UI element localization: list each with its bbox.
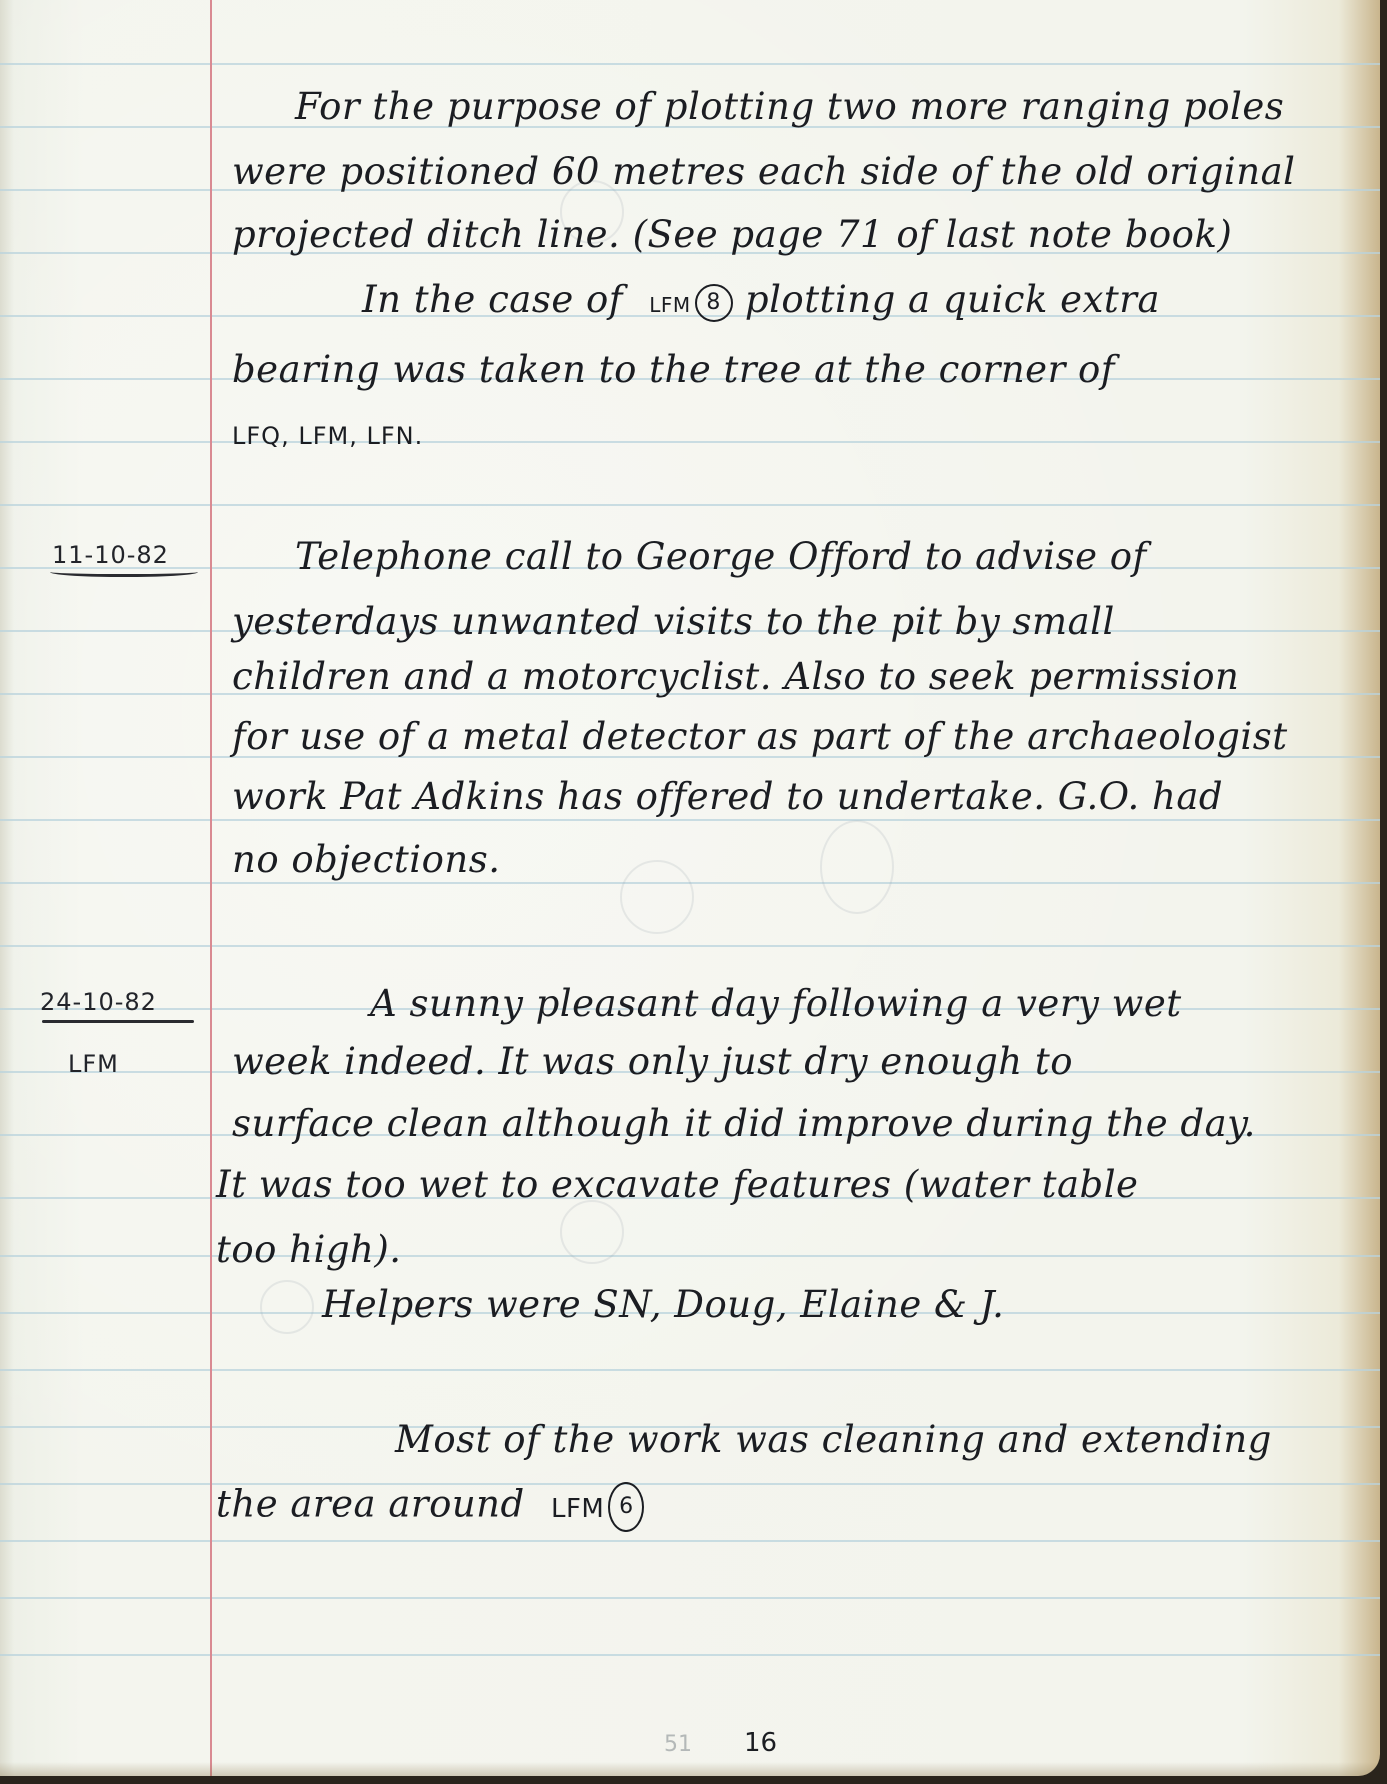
rule-line [0,1654,1380,1656]
entry-3-line-1: A sunny pleasant day following a very we… [370,982,1182,1025]
show-through-mark [820,820,894,914]
date-underline [50,566,198,577]
entry-3-line-4: It was too wet to excavate features (wat… [216,1163,1138,1206]
entry-1-line-3: projected ditch line. (See page 71 of la… [232,213,1232,256]
date-underline [42,1020,194,1023]
entry-2-line-6: no objections. [232,838,500,881]
show-through-mark [260,1280,314,1334]
entry-3-line-3: surface clean although it did improve du… [232,1102,1256,1145]
text-segment: In the case of [362,278,623,321]
entry-date: 11-10-82 [52,541,169,569]
entry-1-line-5: bearing was taken to the tree at the cor… [232,348,1115,391]
entry-1-line-1: For the purpose of plotting two more ran… [295,85,1284,128]
entry-3-line-7: Most of the work was cleaning and extend… [395,1418,1272,1461]
entry-2-line-4: for use of a metal detector as part of t… [232,715,1288,758]
entry-2-line-5: work Pat Adkins has offered to undertake… [232,775,1223,818]
rule-line [0,945,1380,947]
page-number: 16 [744,1728,777,1758]
entry-3-line-6: Helpers were SN, Doug, Elaine & J. [322,1283,1004,1326]
entry-2-line-3: children and a motorcyclist. Also to see… [232,655,1239,698]
feature-code: LFM [649,293,690,317]
rule-line [0,504,1380,506]
show-through-mark [560,1200,624,1264]
circled-number: 6 [608,1482,644,1532]
rule-line [0,819,1380,821]
text-segment: the area around [216,1483,525,1526]
entry-3-line-8: the area around LFM6 [216,1482,644,1532]
show-through-mark [620,860,694,934]
entry-date: 24-10-82 [40,988,157,1016]
margin-line [210,0,212,1776]
entry-2-line-2: yesterdays unwanted visits to the pit by… [232,600,1115,643]
text-segment: plotting a quick extra [745,278,1160,321]
circled-number: 8 [695,284,733,322]
rule-line [0,1540,1380,1542]
rule-line [0,1597,1380,1599]
feature-code: LFM [551,1494,604,1524]
entry-2-line-1: Telephone call to George Offord to advis… [295,535,1147,578]
rule-line [0,1483,1380,1485]
entry-1-line-4: In the case of LFM8 plotting a quick ext… [362,278,1160,322]
rule-line [0,1255,1380,1257]
entry-margin-note: LFM [68,1050,119,1078]
rule-line [0,63,1380,65]
entry-3-line-5: too high). [216,1228,402,1271]
binding-edge [0,0,14,1776]
entry-3-line-2: week indeed. It was only just dry enough… [232,1040,1073,1083]
notebook-page: For the purpose of plotting two more ran… [0,0,1380,1776]
rule-line [0,441,1380,443]
entry-1-line-2: were positioned 60 metres each side of t… [232,150,1295,193]
entry-1-line-6: LFQ, LFM, LFN. [232,422,423,450]
rule-line [0,1369,1380,1371]
faint-page-mark: 51 [664,1732,692,1757]
